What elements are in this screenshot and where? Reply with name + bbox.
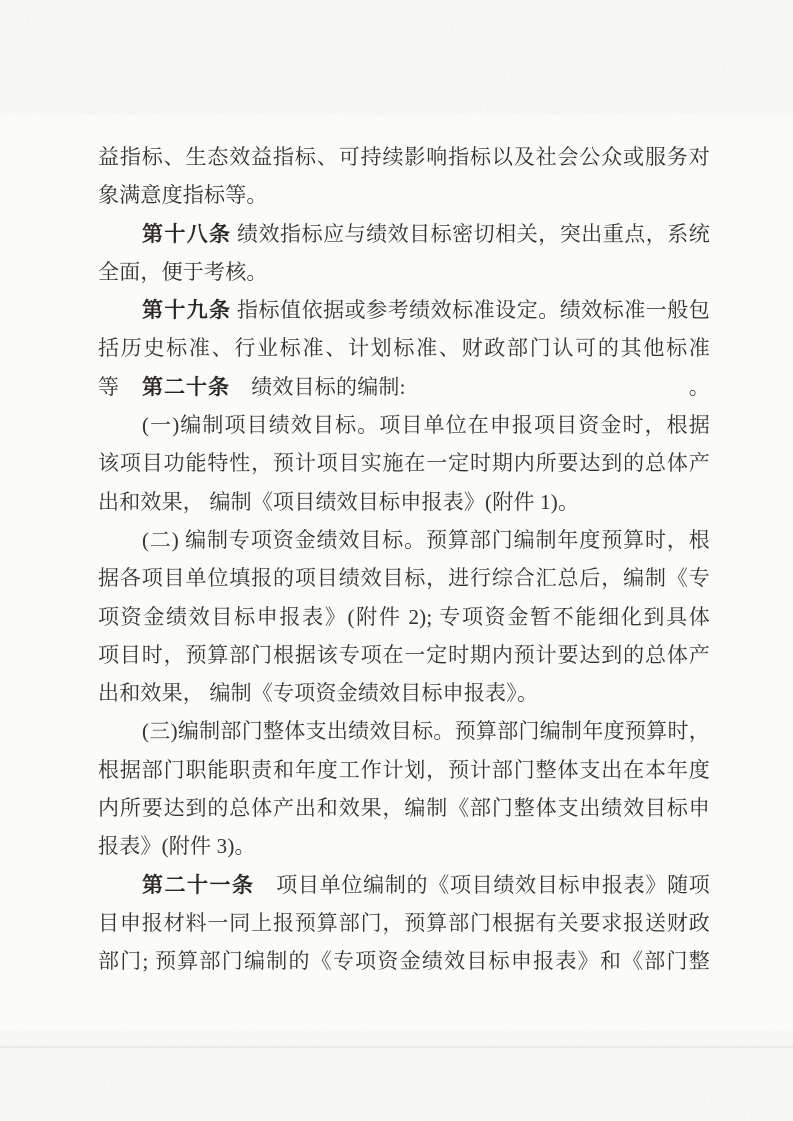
text-segment: 项目时，预算部门根据该专项在一定时期内预计要达到的总体产: [98, 643, 710, 667]
scan-noise-bottom-band: [0, 1030, 793, 1121]
text-segment: (二) 编制专项资金绩效目标。预算部门编制年度预算时，根: [142, 528, 710, 552]
text-segment: (三)编制部门整体支出绩效目标。预算部门编制年度预算时，: [142, 719, 710, 743]
text-line: 该项目功能特性，预计项目实施在一定时期内所要达到的总体产: [98, 444, 710, 482]
text-line: 象满意度指标等。: [98, 176, 710, 214]
text-segment: 根据部门职能职责和年度工作计划，预计部门整体支出在本年度: [98, 758, 710, 782]
text-segment: 益指标、生态效益指标、可持续影响指标以及社会公众或服务对: [98, 145, 710, 169]
text-line: (二) 编制专项资金绩效目标。预算部门编制年度预算时，根: [98, 521, 710, 559]
text-line: 第二十一条 项目单位编制的《项目绩效目标申报表》随项: [98, 866, 710, 904]
text-line: 报表》(附件 3)。: [98, 827, 710, 865]
text-line: 全面，便于考核。: [98, 253, 710, 291]
text-segment: 部门; 预算部门编制的《专项资金绩效目标申报表》和《部门整: [98, 949, 710, 973]
text-segment: 绩效目标的编制:: [230, 375, 406, 399]
text-segment: 项资金绩效目标申报表》(附件 2); 专项资金暂不能细化到具体: [98, 605, 710, 629]
text-segment: 项目单位编制的《项目绩效目标申报表》随项: [255, 873, 710, 897]
scan-noise-top-band: [0, 0, 793, 115]
text-segment: (一)编制项目绩效目标。项目单位在申报项目资金时，根据: [142, 413, 710, 437]
text-line: (三)编制部门整体支出绩效目标。预算部门编制年度预算时，: [98, 712, 710, 750]
article-number-heading: 第二十条: [142, 376, 230, 399]
scan-streak-line: [0, 1046, 793, 1048]
document-page: 益指标、生态效益指标、可持续影响指标以及社会公众或服务对象满意度指标等。第十八条…: [0, 0, 793, 1121]
text-line: 出和效果， 编制《项目绩效目标申报表》(附件 1)。: [98, 483, 710, 521]
text-line: 益指标、生态效益指标、可持续影响指标以及社会公众或服务对: [98, 138, 710, 176]
text-line: 部门; 预算部门编制的《专项资金绩效目标申报表》和《部门整: [98, 942, 710, 980]
text-segment: 指标值依据或参考绩效标准设定。绩效标准一般包: [231, 298, 710, 322]
text-segment: 内所要达到的总体产出和效果，编制《部门整体支出绩效目标申: [98, 796, 710, 820]
text-line: 第十八条 绩效指标应与绩效目标密切相关，突出重点，系统: [98, 215, 710, 253]
text-segment: 绩效指标应与绩效目标密切相关，突出重点，系统: [231, 222, 710, 246]
text-segment: 目申报材料一同上报预算部门，预算部门根据有关要求报送财政: [98, 911, 710, 935]
text-segment: 出和效果， 编制《项目绩效目标申报表》(附件 1)。: [98, 490, 579, 514]
text-segment: 全面，便于考核。: [98, 260, 268, 284]
text-segment: 报表》(附件 3)。: [98, 834, 256, 858]
text-line: 据各项目单位填报的项目绩效目标，进行综合汇总后，编制《专: [98, 559, 710, 597]
text-segment: 该项目功能特性，预计项目实施在一定时期内所要达到的总体产: [98, 451, 710, 475]
article-number-heading: 第二十一条: [142, 874, 255, 897]
text-line: (一)编制项目绩效目标。项目单位在申报项目资金时，根据: [98, 406, 710, 444]
document-text-block: 益指标、生态效益指标、可持续影响指标以及社会公众或服务对象满意度指标等。第十八条…: [98, 138, 710, 981]
text-line: 第十九条 指标值依据或参考绩效标准设定。绩效标准一般包: [98, 291, 710, 329]
text-segment: 象满意度指标等。: [98, 183, 268, 207]
article-number-heading: 第十九条: [142, 299, 231, 322]
article-number-heading: 第十八条: [142, 223, 231, 246]
text-line: 出和效果， 编制《专项资金绩效目标申报表》。: [98, 674, 710, 712]
text-line: 根据部门职能职责和年度工作计划，预计部门整体支出在本年度: [98, 751, 710, 789]
text-line: 括历史标准、行业标准、计划标准、财政部门认可的其他标准等。: [98, 329, 710, 367]
text-line: 目申报材料一同上报预算部门，预算部门根据有关要求报送财政: [98, 904, 710, 942]
text-line: 内所要达到的总体产出和效果，编制《部门整体支出绩效目标申: [98, 789, 710, 827]
text-line: 项目时，预算部门根据该专项在一定时期内预计要达到的总体产: [98, 636, 710, 674]
text-line: 项资金绩效目标申报表》(附件 2); 专项资金暂不能细化到具体: [98, 598, 710, 636]
text-segment: 出和效果， 编制《专项资金绩效目标申报表》。: [98, 681, 538, 705]
text-segment: 据各项目单位填报的项目绩效目标，进行综合汇总后，编制《专: [98, 566, 710, 590]
